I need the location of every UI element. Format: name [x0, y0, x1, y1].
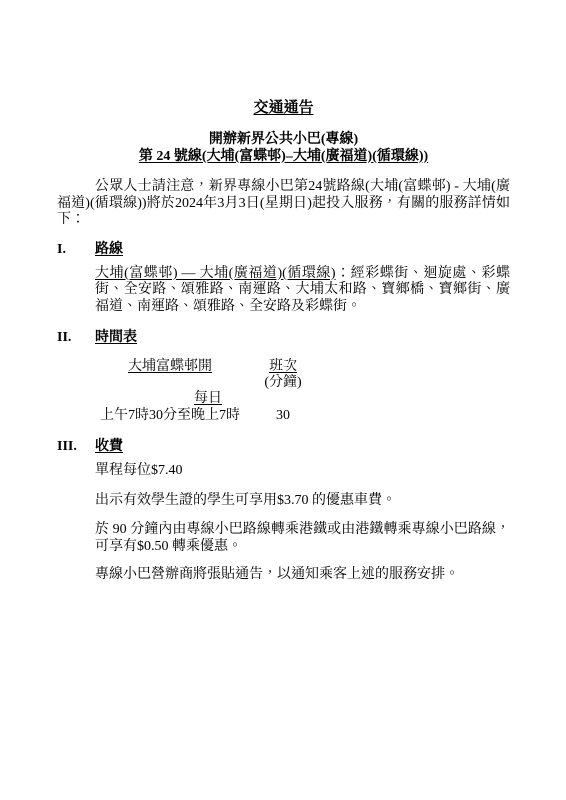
timetable-header-row: 大埔富蝶邨開 班次 [95, 358, 321, 375]
section-timetable: II. 時間表 大埔富蝶邨開 班次 (分鐘) 每日 上午7時30分至晚上7時 3… [57, 329, 510, 424]
timetable-unit-row: (分鐘) [95, 375, 321, 391]
route-paragraph: 大埔(富蝶邨) — 大埔(廣福道)(循環線)：經彩蝶街、迴旋處、彩蝶街、全安路、… [95, 266, 510, 316]
section-route-heading: 路線 [95, 241, 123, 258]
page-title-text: 交通通告 [253, 100, 313, 116]
document-page: 交通通告 開辦新界公共小巴(專線) 第 24 號線(大埔(富蝶邨)–大埔(廣福道… [0, 0, 566, 800]
time-range: 上午7時30分至晚上7時 [95, 407, 245, 424]
notice-subtitle: 開辦新界公共小巴(專線) 第 24 號線(大埔(富蝶邨)–大埔(廣福道)(循環線… [57, 132, 510, 165]
timetable-frequency-header: 班次 [269, 359, 297, 374]
intro-paragraph: 公眾人士請注意，新界專線小巴第24號路線(大埔(富蝶邨) - 大埔(廣福道)(循… [57, 179, 510, 229]
section-route-number: I. [57, 241, 95, 258]
subtitle-service-line: 開辦新界公共小巴(專線) [57, 132, 510, 149]
fare-student-paragraph: 出示有效學生證的學生可享用$3.70 的優惠車費。 [95, 493, 510, 510]
subtitle-route-line: 第 24 號線(大埔(富蝶邨)–大埔(廣福道)(循環線)) [57, 149, 510, 166]
timetable-origin-header-cell: 大埔富蝶邨開 [95, 358, 245, 375]
section-fares-number: III. [57, 438, 95, 455]
timetable-empty-cell [95, 375, 245, 391]
page-title: 交通通告 [57, 100, 510, 117]
timetable-origin-header: 大埔富蝶邨開 [128, 359, 212, 374]
frequency-value: 30 [245, 407, 321, 424]
section-route: I. 路線 大埔(富蝶邨) — 大埔(廣福道)(循環線)：經彩蝶街、迴旋處、彩蝶… [57, 241, 510, 316]
fare-interchange-paragraph: 於 90 分鐘內由專線小巴路線轉乘港鐵或由港鐵轉乘專線小巴路線，可享有$0.50… [95, 522, 510, 555]
section-fares-heading: 收費 [95, 438, 123, 455]
timetable: 大埔富蝶邨開 班次 (分鐘) 每日 上午7時30分至晚上7時 30 [95, 358, 321, 424]
route-colon: ： [336, 266, 351, 281]
section-route-heading-row: I. 路線 [57, 241, 510, 258]
period-row: 每日 [95, 391, 321, 407]
route-name: 大埔(富蝶邨) — 大埔(廣福道)(循環線) [95, 266, 336, 281]
operator-notice-paragraph: 專線小巴營辦商將張貼通告，以通知乘客上述的服務安排。 [95, 567, 510, 584]
frequency-unit: (分鐘) [245, 375, 321, 391]
section-timetable-number: II. [57, 329, 95, 346]
section-timetable-heading: 時間表 [95, 329, 137, 346]
period-label: 每日 [194, 391, 222, 406]
fare-single-paragraph: 單程每位$7.40 [95, 463, 510, 480]
timetable-row: 上午7時30分至晚上7時 30 [95, 407, 321, 424]
section-fares: III. 收費 單程每位$7.40 出示有效學生證的學生可享用$3.70 的優惠… [57, 438, 510, 584]
section-fares-heading-row: III. 收費 [57, 438, 510, 455]
timetable-frequency-header-cell: 班次 [245, 358, 321, 375]
section-timetable-heading-row: II. 時間表 [57, 329, 510, 346]
